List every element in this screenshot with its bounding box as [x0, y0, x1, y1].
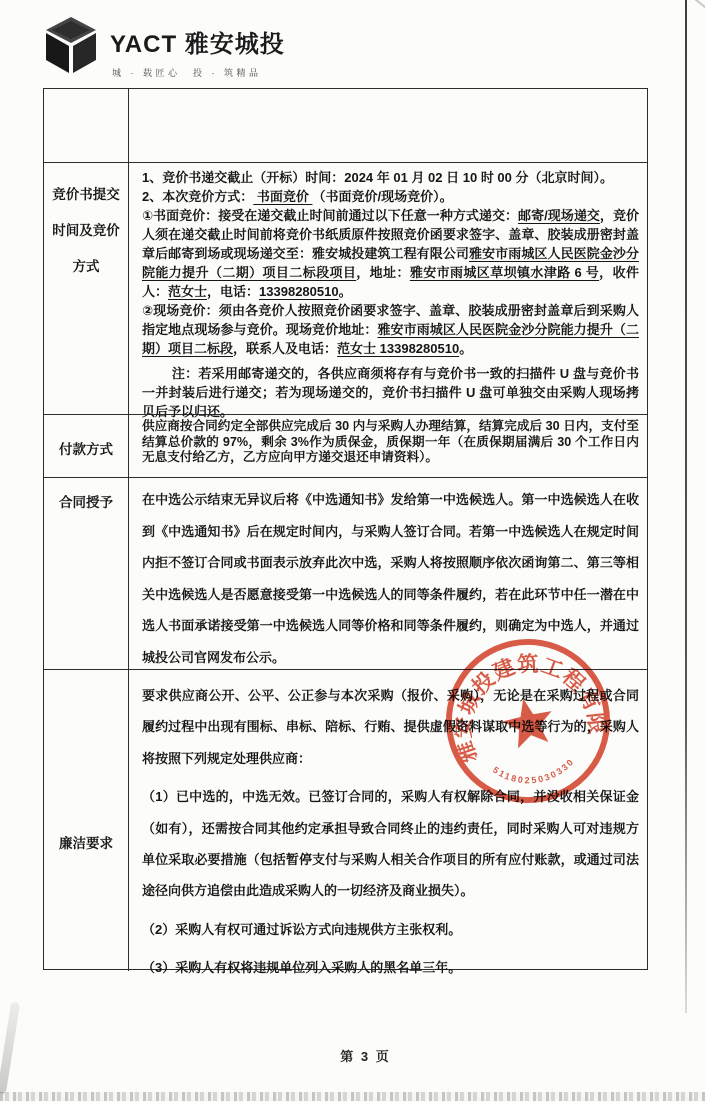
empty-header-cell: [44, 89, 129, 162]
row-header-integrity: 廉洁要求: [44, 670, 129, 971]
row-header-contract-award: 合同授予: [44, 478, 129, 669]
header-line: 方式: [44, 249, 128, 285]
brand-tagline: 城 · 载匠心 投 · 筑精品: [112, 66, 285, 79]
scan-page-edge-line: [685, 0, 687, 1013]
header-line: 竞价书提交: [44, 177, 128, 213]
integrity-rule-2: （2）采购人有权可通过诉讼方式向违规供方主张权利。: [142, 914, 639, 945]
cube-logo-icon: [44, 16, 98, 76]
scanned-document-page: YACT 雅安城投 城 · 载匠心 投 · 筑精品 竞价书提交 时间及竞价 方式…: [0, 0, 705, 1102]
underlined-recipient: 范女士: [168, 284, 207, 299]
bidding-terms-table: 竞价书提交 时间及竞价 方式 1、竞价书递交截止（开标）时间：2024 年 01…: [43, 88, 648, 970]
row-content-integrity: 要求供应商公开、公平、公正参与本次采购（报价、采购），无论是在采购过程或合同履约…: [129, 670, 647, 971]
row-content-payment: 供应商按合同约定全部供应完成后 30 内与采购人办理结算，结算完成后 30 日内…: [129, 415, 647, 477]
underlined-address: 雅安市雨城区草坝镇水津路 6 号: [410, 265, 599, 280]
table-row-submission: 竞价书提交 时间及竞价 方式 1、竞价书递交截止（开标）时间：2024 年 01…: [44, 162, 647, 414]
company-logo: YACT 雅安城投 城 · 载匠心 投 · 筑精品: [44, 16, 285, 79]
logo-text-block: YACT 雅安城投 城 · 载匠心 投 · 筑精品: [110, 16, 285, 79]
table-row-contract-award: 合同授予 在中选公示结束无异议后将《中选通知书》发给第一中选候选人。第一中选候选…: [44, 477, 647, 669]
row-header-payment: 付款方式: [44, 415, 129, 477]
underlined-delivery-methods: 邮寄/现场递交: [518, 208, 600, 223]
table-row-empty: [44, 89, 647, 162]
underlined-bid-method: 书面竞价: [253, 189, 312, 204]
written-bid-paragraph: ①书面竞价：接受在递交截止时间前通过以下任意一种方式递交：邮寄/现场递交，竞价人…: [142, 206, 639, 301]
row-content-contract-award: 在中选公示结束无异议后将《中选通知书》发给第一中选候选人。第一中选候选人在收到《…: [129, 478, 647, 669]
onsite-bid-paragraph: ②现场竞价：须由各竞价人按照竞价函要求签字、盖章、胶装成册密封盖章后到采购人指定…: [142, 301, 639, 358]
scan-corner-mark: [688, 0, 705, 12]
deadline-line: 1、竞价书递交截止（开标）时间：2024 年 01 月 02 日 10 时 00…: [142, 168, 639, 187]
underlined-phone: 13398280510: [259, 284, 339, 299]
empty-content-cell: [129, 89, 647, 162]
underlined-contact-phone: 范女士 13398280510: [337, 341, 459, 356]
note-paragraph: 注：若采用邮寄递交的，各供应商须将存有与竞价书一致的扫描件 U 盘与竞价书一并封…: [142, 364, 639, 421]
bid-method-line: 2、本次竞价方式： 书面竞价 （书面竞价/现场竞价）。: [142, 187, 639, 206]
scan-bottom-grain: [0, 1092, 705, 1101]
row-content-submission: 1、竞价书递交截止（开标）时间：2024 年 01 月 02 日 10 时 00…: [129, 163, 647, 414]
integrity-rule-1: （1）已中选的，中选无效。已签订合同的，采购人有权解除合同，并没收相关保证金（如…: [142, 781, 639, 907]
brand-name: YACT 雅安城投: [110, 24, 285, 59]
integrity-intro-paragraph: 要求供应商公开、公平、公正参与本次采购（报价、采购），无论是在采购过程或合同履约…: [142, 680, 639, 774]
integrity-rule-3: （3）采购人有权将违规单位列入采购人的黑名单三年。: [142, 952, 639, 983]
table-row-payment: 付款方式 供应商按合同约定全部供应完成后 30 内与采购人办理结算，结算完成后 …: [44, 414, 647, 477]
header-line: 时间及竞价: [44, 213, 128, 249]
row-header-submission: 竞价书提交 时间及竞价 方式: [44, 163, 129, 414]
table-row-integrity: 廉洁要求 要求供应商公开、公平、公正参与本次采购（报价、采购），无论是在采购过程…: [44, 669, 647, 971]
page-number-footer: 第 3 页: [0, 1046, 705, 1065]
